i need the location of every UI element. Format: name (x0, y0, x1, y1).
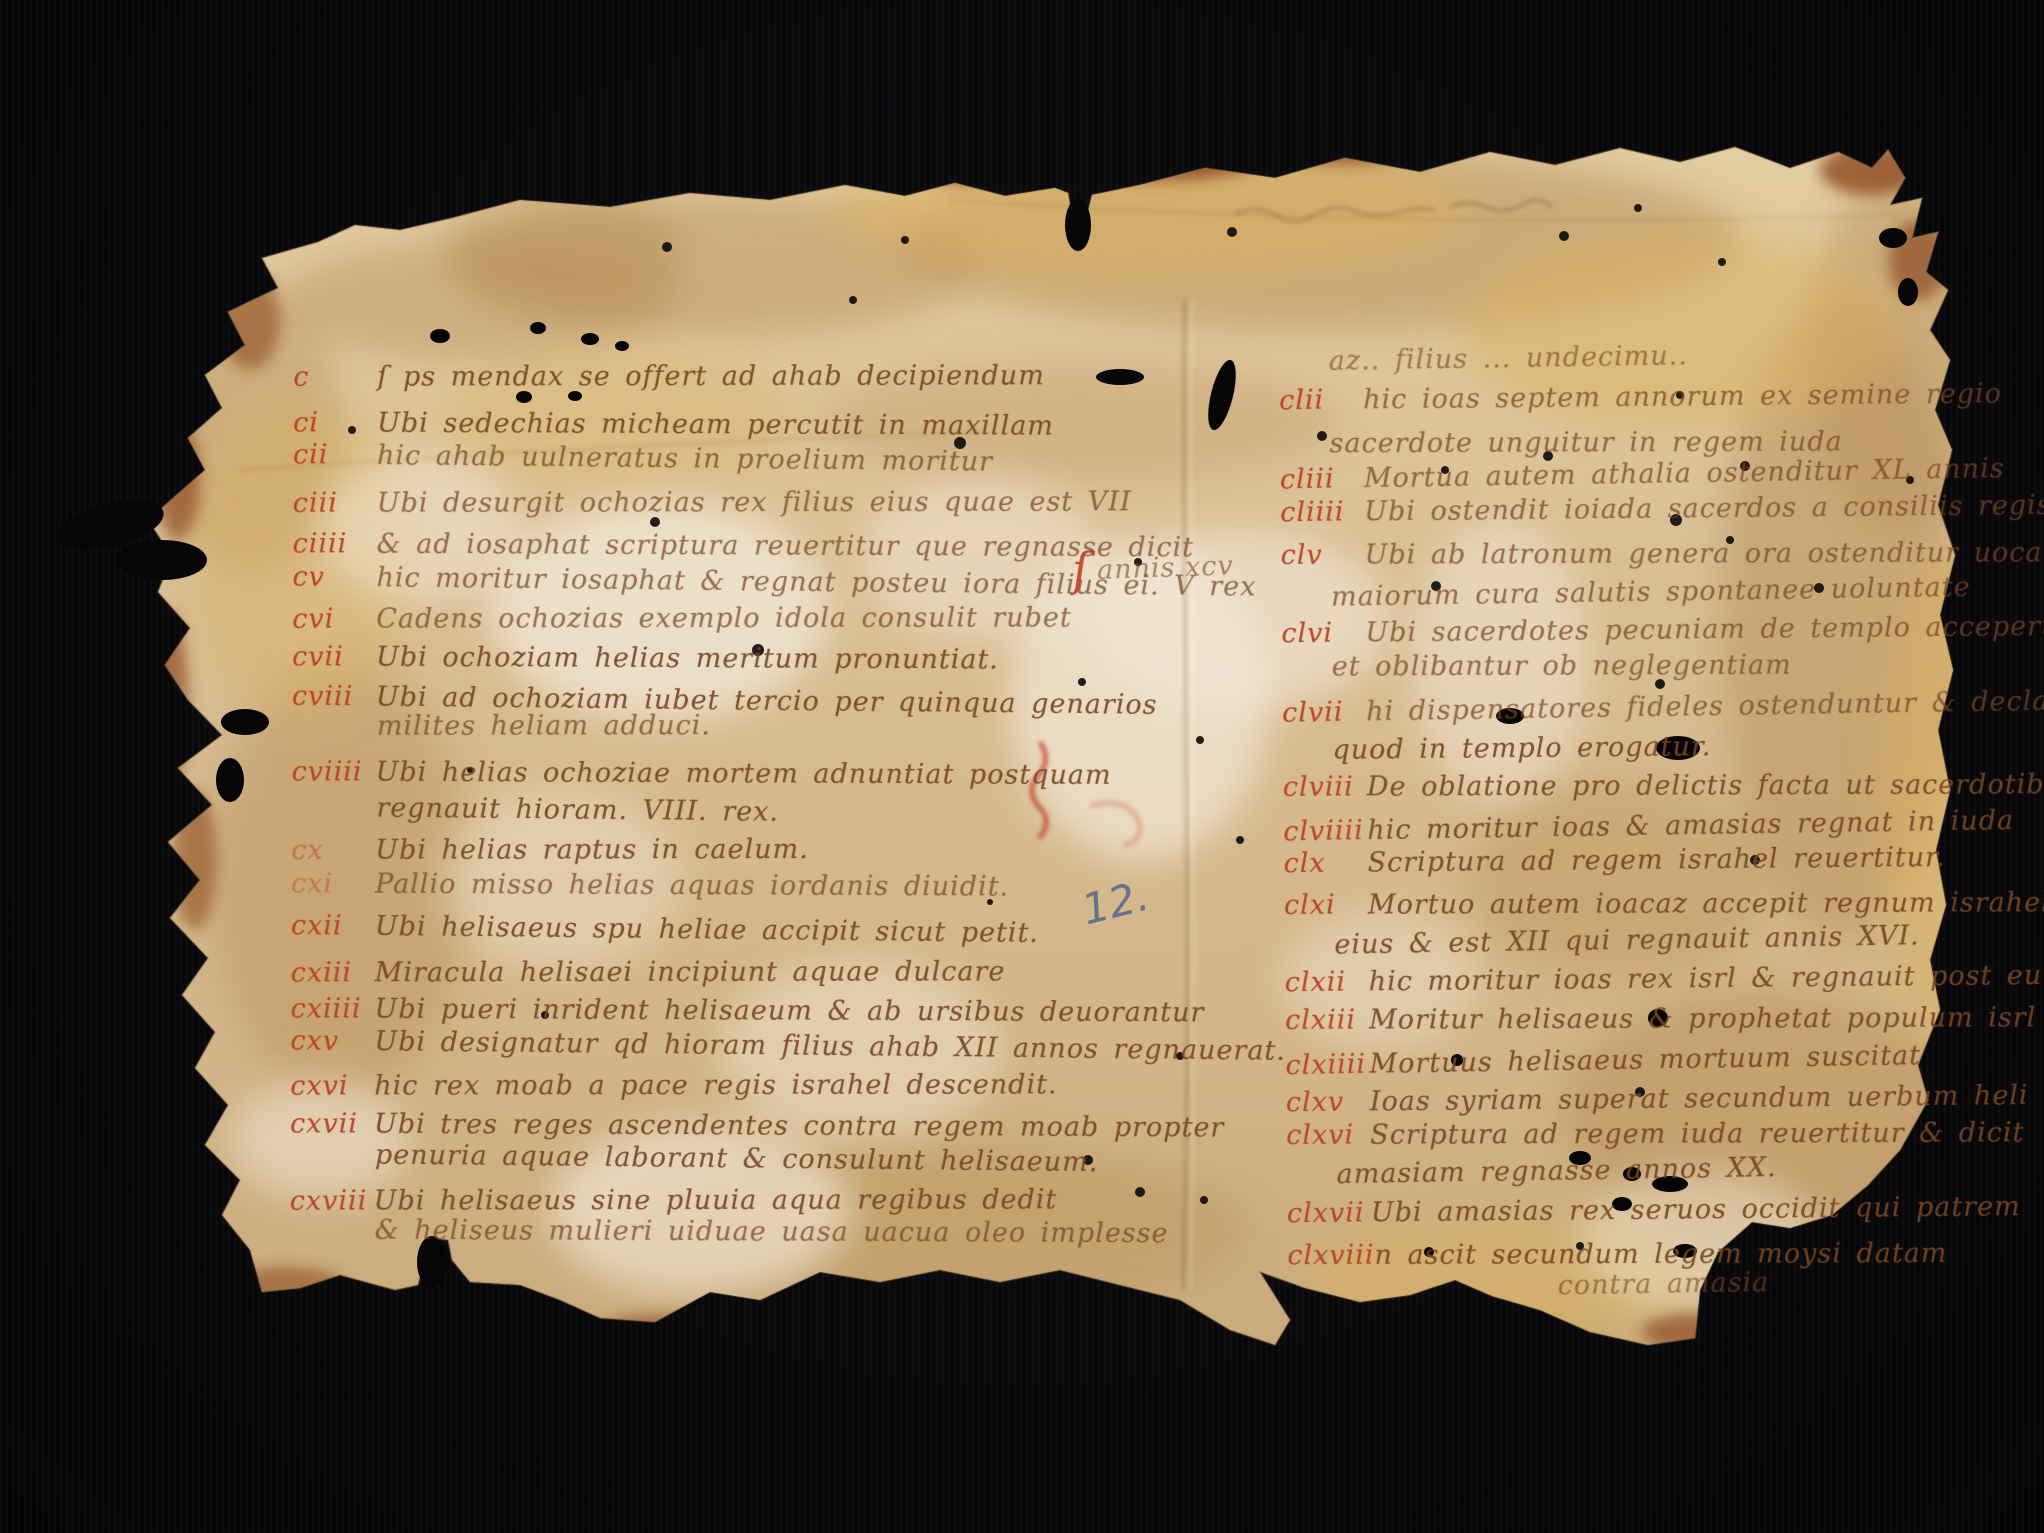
chapter-text: De oblatione pro delictis facta ut sacer… (1367, 769, 2044, 802)
chapter-text: Ubi tres reges ascendentes contra regem … (374, 1109, 1224, 1144)
chapter-text: Ubi ochoziam helias meritum pronuntiat. (376, 642, 999, 676)
chapter-line: CXVIIUbi tres reges ascendentes contra r… (290, 1108, 1224, 1143)
chapter-text: az.. filius ... undecimu.. (1329, 340, 1689, 377)
chapter-text: Moritur helisaeus & prophetat populum is… (1369, 1002, 2036, 1035)
chapter-numeral: CLXI (1284, 890, 1368, 921)
chapter-numeral: CVI (292, 604, 376, 635)
chapter-text: ſ ps mendax se offert ad ahab decipiendu… (377, 360, 1044, 392)
chapter-line: regnauit hioram. VIII. rex. (376, 792, 779, 827)
chapter-numeral: CLIII (1280, 463, 1364, 495)
chapter-line: & heliseus mulieri uiduae uasa uacua ole… (375, 1215, 1169, 1249)
chapter-numeral: CXIIII (291, 993, 375, 1024)
chapter-text: hic rex moab a pace regis israhel descen… (374, 1069, 1057, 1101)
chapter-line: CLVUbi ab latronum genera ora ostenditur… (1281, 537, 2044, 571)
chapter-line: CLVIIIDe oblatione pro delictis facta ut… (1283, 769, 2044, 803)
chapter-text: Ubi ostendit ioiada sacerdos a consiliis… (1364, 489, 2044, 527)
chapter-numeral: CLXII (1285, 966, 1369, 998)
chapter-numeral: CIII (293, 488, 377, 519)
chapter-line: CLXScriptura ad regem israhel reuertitur… (1283, 842, 1945, 879)
chapter-text: quod in templo erogatur. (1332, 731, 1711, 766)
chapter-numeral: CLVIII (1283, 771, 1367, 802)
chapter-text: Pallio misso helias aquas iordanis diuid… (375, 869, 1009, 903)
chapter-line: CXIIIIUbi pueri inrident helisaeum & ab … (291, 993, 1205, 1028)
chapter-text: hic ioas septem annorum ex semine regio (1363, 378, 2002, 415)
chapter-numeral: CXI (291, 868, 375, 899)
chapter-line: CVIIIIUbi helias ochoziae mortem adnunti… (292, 756, 1112, 791)
chapter-line: et oblibantur ob neglegentiam (1332, 650, 1792, 683)
chapter-numeral: CLII (1279, 384, 1363, 416)
chapter-line: CLXVIScriptura ad regem iuda reuertitur … (1286, 1117, 2024, 1151)
chapter-numeral: CLV (1281, 539, 1365, 570)
chapter-text: Ubi helias ochoziae mortem adnuntiat pos… (376, 757, 1112, 791)
chapter-text: Ubi sedechias micheam percutit in maxill… (377, 408, 1054, 442)
chapter-line: CLXIMortuo autem ioacaz accepit regnum i… (1284, 887, 2044, 921)
annis-note: ſannis xcv (1071, 537, 1234, 597)
chapter-line: CXVIhic rex moab a pace regis israhel de… (290, 1069, 1057, 1101)
chapter-text: Ubi amasias rex seruos occidit qui patre… (1371, 1191, 2021, 1228)
chapter-line: Cſ ps mendax se offert ad ahab decipiend… (293, 360, 1044, 392)
chapter-line: sacerdote unguitur in regem iuda (1330, 426, 1843, 459)
chapter-numeral: CX (291, 835, 375, 866)
chapter-text: sacerdote unguitur in regem iuda (1330, 426, 1843, 459)
chapter-line: CXIIIMiracula helisaei incipiunt aquae d… (291, 956, 1006, 988)
chapter-numeral: C (293, 361, 377, 392)
chapter-numeral: CIIII (293, 528, 377, 559)
chapter-line: CVICadens ochozias exemplo idola consuli… (292, 602, 1071, 634)
chapter-text: Ubi desurgit ochozias rex filius eius qu… (377, 486, 1132, 518)
chapter-numeral: CLXIIII (1285, 1049, 1369, 1081)
annis-note-initial: ſ (1071, 542, 1090, 597)
annis-note-text: annis xcv (1097, 550, 1235, 586)
chapter-line: CLXIIIMoritur helisaeus & prophetat popu… (1285, 1002, 2036, 1036)
chapter-numeral: CII (293, 439, 377, 471)
chapter-line: CVIIUbi ochoziam helias meritum pronunti… (292, 641, 999, 675)
chapter-line: CIUbi sedechias micheam percutit in maxi… (293, 407, 1054, 441)
chapter-numeral: CXVII (290, 1108, 374, 1139)
chapter-numeral: CLXVIII (1287, 1240, 1374, 1271)
chapter-numeral: CLXV (1286, 1086, 1370, 1118)
chapter-text: regnauit hioram. VIII. rex. (376, 792, 779, 827)
chapter-line: CIIII& ad iosaphat scriptura reuertitur … (293, 528, 1194, 563)
chapter-text: & heliseus mulieri uiduae uasa uacua ole… (375, 1215, 1169, 1249)
chapter-numeral: CXVIII (290, 1185, 374, 1216)
chapter-text: et oblibantur ob neglegentiam (1332, 650, 1792, 683)
chapter-numeral: CLVIIII (1283, 815, 1367, 847)
chapter-text: Ubi pueri inrident helisaeum & ab ursibu… (375, 994, 1205, 1029)
chapter-text: milites heliam adduci. (377, 710, 711, 742)
chapter-line: CLXVIIIn ascit secundum legem moysi data… (1287, 1238, 1947, 1271)
chapter-text: Scriptura ad regem iuda reuertitur & dic… (1370, 1117, 2024, 1150)
chapter-numeral: CVIIII (292, 756, 376, 787)
chapter-text: Miracula helisaei incipiunt aquae dulcar… (375, 956, 1006, 988)
chapter-numeral: CLVII (1282, 696, 1366, 728)
chapter-numeral: CXVI (290, 1070, 374, 1101)
chapter-text: n ascit secundum legem moysi datam (1374, 1238, 1947, 1271)
chapter-text: Cadens ochozias exemplo idola consulit r… (376, 602, 1071, 634)
chapter-numeral: CLXIII (1285, 1005, 1369, 1036)
chapter-text: Ubi helisaeus sine pluuia aqua regibus d… (374, 1184, 1058, 1216)
chapter-numeral: CLXVII (1287, 1197, 1371, 1229)
chapter-line: az.. filius ... undecimu.. (1329, 340, 1689, 377)
chapter-numeral: CLXVI (1286, 1120, 1370, 1151)
chapter-text: hic moritur ioas rex isrl & regnauit pos… (1369, 960, 2044, 998)
chapter-numeral: CVIII (292, 681, 376, 713)
chapter-line: CIIIUbi desurgit ochozias rex filius eiu… (293, 486, 1132, 518)
chapter-text: contra amasia (1557, 1267, 1769, 1301)
chapter-numeral: CI (293, 407, 377, 438)
chapter-numeral: CXV (290, 1025, 374, 1057)
chapter-numeral: CV (292, 561, 376, 593)
chapter-line: CXIPallio misso helias aquas iordanis di… (291, 868, 1009, 902)
chapter-line: CXUbi helias raptus in caelum. (291, 834, 808, 866)
chapter-text: Ioas syriam superat secundum uerbum heli (1370, 1080, 2029, 1117)
chapter-line: quod in templo erogatur. (1332, 731, 1711, 766)
chapter-text: Mortuo autem ioacaz accepit regnum israh… (1368, 887, 2044, 920)
chapter-numeral: CLX (1283, 847, 1367, 879)
chapter-numeral: CLIIII (1280, 496, 1364, 528)
chapter-numeral: CXII (291, 910, 375, 942)
chapter-line: milites heliam adduci. (377, 710, 711, 742)
chapter-line: contra amasia (1557, 1267, 1769, 1301)
chapter-text: Ubi helias raptus in caelum. (375, 834, 808, 866)
chapter-text: Ubi sacerdotes pecuniam de templo accepe… (1365, 610, 2044, 648)
chapter-text: Scriptura ad regem israhel reuertitur. (1367, 842, 1945, 879)
chapter-numeral: CLVI (1281, 617, 1365, 649)
chapter-text: hic ahab uulneratus in proelium moritur (377, 440, 993, 477)
chapter-line: CXVIIIUbi helisaeus sine pluuia aqua reg… (290, 1184, 1058, 1216)
backdrop-black-cloth: Cſ ps mendax se offert ad ahab decipiend… (0, 0, 2044, 1533)
chapter-text: Ubi ab latronum genera ora ostenditur uo… (1365, 537, 2044, 570)
chapter-numeral: CXIII (291, 957, 375, 988)
chapter-numeral: CVII (292, 641, 376, 672)
